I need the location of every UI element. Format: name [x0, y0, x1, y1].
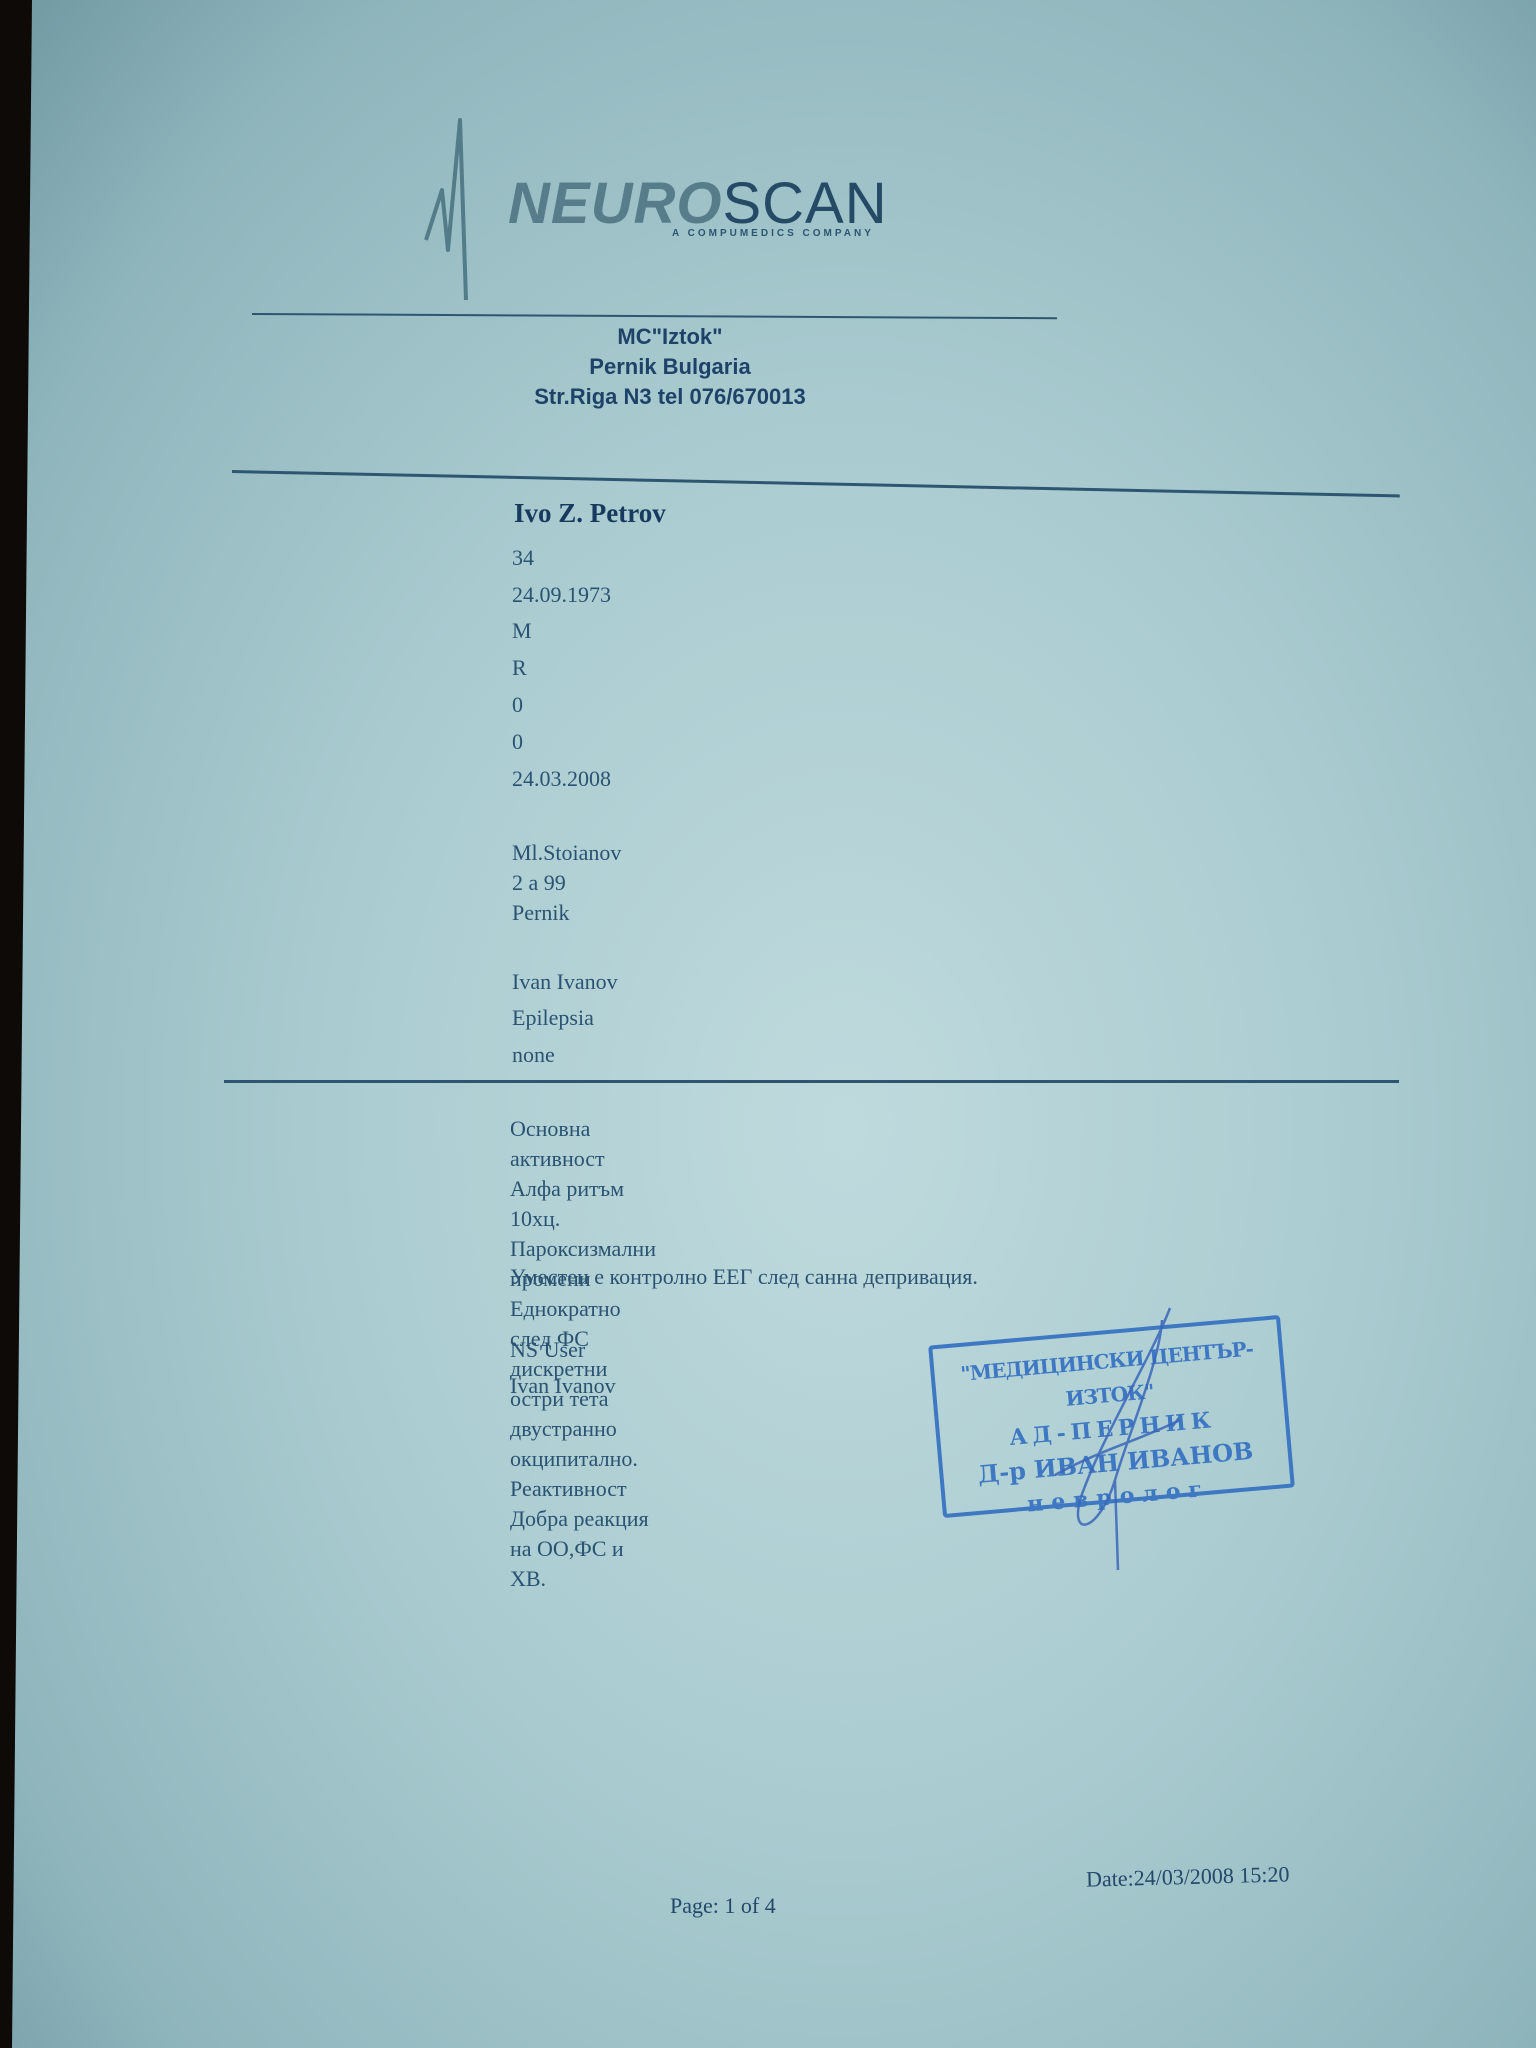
report-date: Date:24/03/2008 15:20	[1086, 1861, 1290, 1892]
patient-name-value: Ivo Z. Petrov	[514, 498, 666, 529]
brand-part-scan: SCAN	[722, 171, 887, 236]
signature-icon	[1040, 1300, 1200, 1580]
age-value: 34	[512, 545, 534, 571]
referral-value: Ivan Ivanov	[512, 969, 618, 995]
brand-part-neuro: NEURO	[508, 171, 722, 236]
brand-name: NEUROSCAN	[508, 170, 888, 237]
patient-section-bottom-divider	[224, 1080, 1399, 1083]
patient-section-top-divider	[232, 470, 1400, 497]
weight-value: 0	[512, 729, 523, 755]
operator-value: NS User	[510, 1337, 585, 1363]
neuroscan-logo: NEUROSCAN A COMPUMEDICS COMPANY	[420, 110, 940, 320]
address-value: Ml.Stoianov 2 a 99 Pernik	[512, 838, 621, 928]
clinic-address: Str.Riga N3 tel 076/670013	[480, 382, 860, 412]
report-page: NEUROSCAN A COMPUMEDICS COMPANY MC"Iztok…	[0, 0, 1536, 2048]
dob-value: 24.09.1973	[512, 582, 611, 608]
diagnosis-value: Epilepsia	[512, 1005, 594, 1031]
clinic-city: Pernik Bulgaria	[480, 352, 860, 382]
eeg-wave-icon	[420, 110, 500, 320]
doctor-value: Ivan Ivanov	[510, 1373, 616, 1399]
medication-value: none	[512, 1042, 555, 1068]
hand-value: R	[512, 655, 527, 681]
page-number: Page: 1 of 4	[670, 1893, 776, 1919]
sex-value: M	[512, 618, 532, 644]
height-value: 0	[512, 692, 523, 718]
first-visit-value: 24.03.2008	[512, 766, 611, 792]
clinic-info: MC"Iztok" Pernik Bulgaria Str.Riga N3 te…	[480, 322, 860, 412]
brand-tagline: A COMPUMEDICS COMPANY	[672, 228, 874, 239]
conclusion-value: Уместен е контролно ЕЕГ след санна депри…	[510, 1264, 978, 1290]
clinic-name: MC"Iztok"	[480, 322, 860, 352]
